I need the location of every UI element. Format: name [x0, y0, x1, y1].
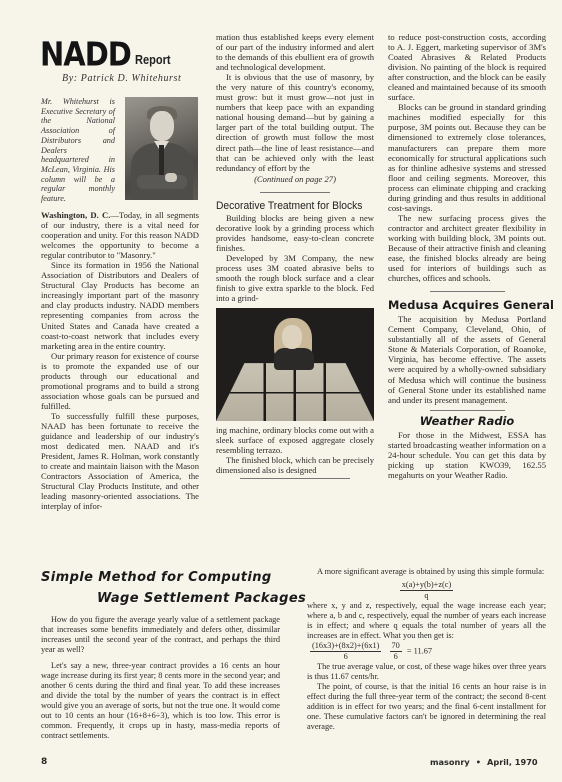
decorative-heading: Decorative Treatment for Blocks [216, 201, 361, 211]
decorative-paragraph: ing machine, ordinary blocks come out wi… [216, 425, 374, 455]
decorative-paragraph: The new surfacing process gives the cont… [388, 213, 546, 283]
nadd-paragraph: Our primary reason for existence of cour… [41, 351, 199, 411]
blocks-photo [216, 308, 374, 421]
nadd-paragraph: Washington, D. C.—Today, in all segments… [41, 210, 199, 260]
decorative-paragraph: Building blocks are being given a new de… [216, 213, 374, 253]
wage-paragraph: How do you figure the average yearly val… [41, 615, 280, 655]
byline: By: Patrick D. Whitehurst [62, 73, 181, 84]
masthead-report: Report [135, 52, 171, 67]
divider [430, 291, 505, 292]
column-3: to reduce post-construction costs, accor… [388, 32, 546, 480]
nadd-paragraph: To successfully fulfill these purposes, … [41, 411, 199, 511]
decorative-paragraph: The finished block, which can be precise… [216, 455, 374, 475]
formula: x(a)+y(b)+z(c)q [307, 580, 546, 601]
issue-date: April, 1970 [487, 757, 538, 767]
decorative-paragraph: to reduce post-construction costs, accor… [388, 32, 546, 102]
decorative-paragraph: Developed by 3M Company, the new process… [216, 253, 374, 303]
magazine-page: NADDReport By: Patrick D. Whitehurst Mr.… [0, 0, 562, 782]
masthead-nadd: NADD [40, 34, 131, 73]
divider [260, 192, 330, 193]
divider [240, 478, 350, 479]
bullet-icon: • [476, 757, 481, 767]
wage-article-right: A more significant average is obtained b… [307, 567, 546, 732]
weather-heading: Weather Radio [388, 416, 546, 426]
nadd-paragraph: It is obvious that the use of masonry, b… [216, 72, 374, 172]
wage-paragraph: where x, y and z, respectively, equal th… [307, 601, 546, 641]
formula-numerator: x(a)+y(b)+z(c) [400, 580, 453, 591]
nadd-paragraph: mation thus established keeps every elem… [216, 32, 374, 72]
weather-paragraph: For those in the Midwest, ESSA has start… [388, 430, 546, 480]
decorative-paragraph: Blocks can be ground in standard grindin… [388, 102, 546, 213]
page-number: 8 [41, 757, 47, 767]
author-photo [125, 97, 198, 200]
nadd-article-col1: Washington, D. C.—Today, in all segments… [41, 210, 199, 511]
continued-link[interactable]: (Continued on page 27) [216, 174, 374, 184]
wage-paragraph: Let's say a new, three-year contract pro… [41, 661, 280, 741]
column-2: mation thus established keeps every elem… [216, 32, 374, 487]
column-masthead: NADDReport [40, 37, 177, 71]
author-bio: Mr. Whitehurst is Executive Secretary of… [41, 97, 115, 204]
dateline: Washington, D. C. [41, 210, 110, 220]
medusa-paragraph: The acquisition by Medusa Portland Cemen… [388, 314, 546, 404]
medusa-heading: Medusa Acquires General [388, 300, 546, 310]
wage-paragraph: The point, of course, is that the initia… [307, 682, 546, 732]
divider [430, 410, 505, 411]
page-footer: masonry•April, 1970 [430, 757, 538, 767]
wage-paragraph: The true average value, or cost, of thes… [307, 662, 546, 682]
wage-paragraph: A more significant average is obtained b… [307, 567, 546, 577]
formula-denominator: q [400, 591, 453, 601]
wage-heading: Simple Method for Computing Wage Settlem… [41, 567, 306, 609]
calculation: (16x3)+(8x2)+(6x1)6 706 = 11.67 [307, 641, 546, 662]
publication-name: masonry [430, 757, 470, 767]
nadd-paragraph: Since its formation in 1956 the National… [41, 260, 199, 350]
wage-article-left: How do you figure the average yearly val… [41, 615, 280, 741]
calc-result: = 11.67 [407, 646, 432, 655]
